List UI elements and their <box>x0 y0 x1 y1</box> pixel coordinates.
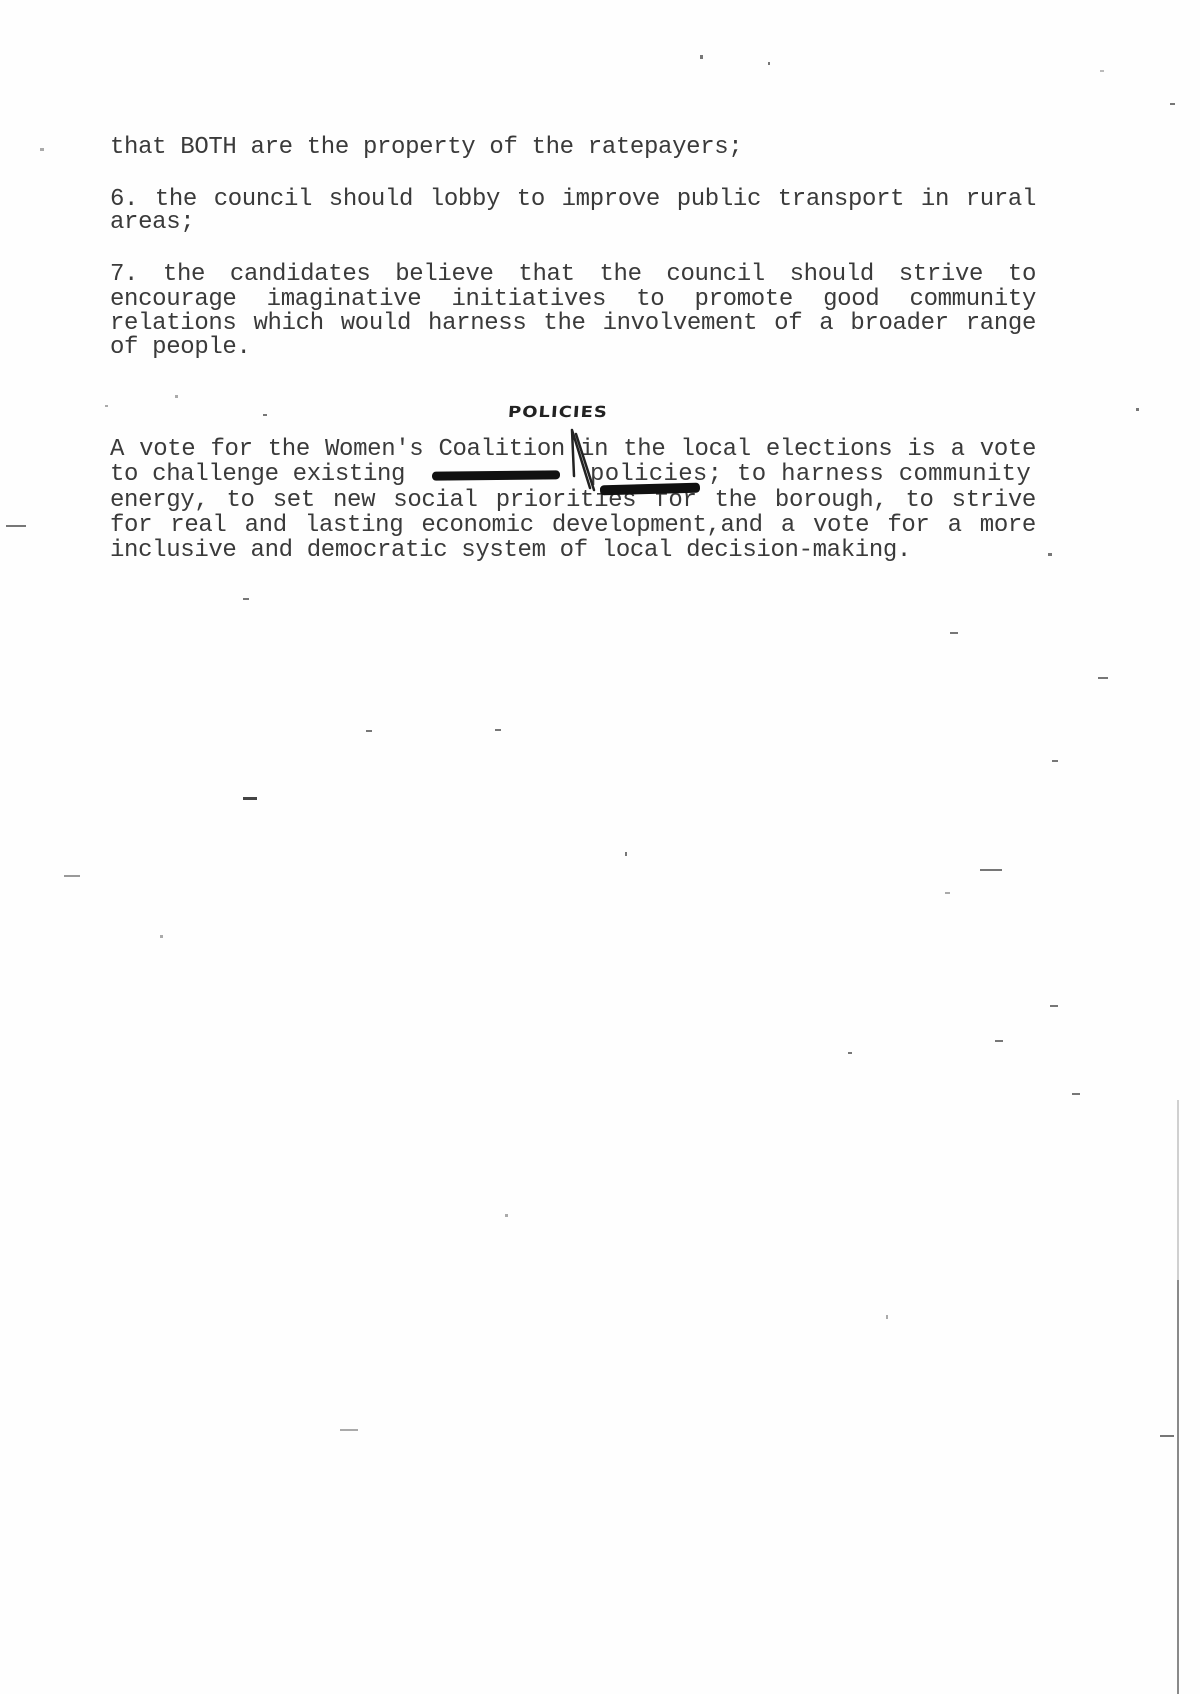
continuation-text: that BOTH are the property of the ratepa… <box>110 136 742 160</box>
scan-speck <box>1100 70 1104 72</box>
item-6-line-2: areas; <box>110 211 194 235</box>
scan-speck <box>700 55 703 59</box>
scan-speck <box>160 935 163 938</box>
scan-speck <box>40 148 44 151</box>
page-edge-line <box>1177 1280 1179 1694</box>
scan-speck <box>886 1315 888 1319</box>
scan-speck <box>768 62 770 65</box>
scan-speck <box>625 852 627 856</box>
closing-line-4: for real and lasting economic developmen… <box>110 514 1036 538</box>
item-7-line-3: relations which would harness the involv… <box>110 312 1036 336</box>
scan-speck <box>1170 103 1175 105</box>
scan-speck <box>1048 553 1052 556</box>
scan-speck <box>950 632 958 634</box>
scan-speck <box>980 869 1002 871</box>
scan-speck <box>848 1052 852 1054</box>
closing-line-5: inclusive and democratic system of local… <box>110 539 911 563</box>
scan-speck <box>340 1429 358 1431</box>
handwritten-annotation: POLICIES <box>507 404 608 422</box>
scan-speck <box>1136 408 1139 411</box>
item-7-line-2: encourage imaginative initiatives to pro… <box>110 288 1036 312</box>
scan-speck <box>105 405 108 407</box>
scan-speck <box>263 414 267 416</box>
scan-speck <box>64 875 80 877</box>
scan-speck <box>175 395 178 398</box>
document-page: that BOTH are the property of the ratepa… <box>0 0 1200 1694</box>
item-7-line-1: 7. the candidates believe that the counc… <box>110 263 1036 287</box>
scan-speck <box>995 1040 1003 1042</box>
scan-speck <box>1052 760 1058 762</box>
scan-speck <box>243 598 249 600</box>
strikeout-mark <box>432 470 560 480</box>
scan-speck <box>1098 677 1108 679</box>
scan-speck <box>1072 1093 1080 1095</box>
scan-speck <box>243 797 257 800</box>
margin-dash-mark <box>6 525 26 527</box>
page-edge-line-faint <box>1177 1100 1179 1280</box>
scan-speck <box>945 892 950 894</box>
closing-line-2a: to challenge existing <box>110 463 405 487</box>
insertion-caret-icon <box>560 428 620 498</box>
scan-speck <box>1050 1005 1058 1007</box>
scan-speck <box>366 730 372 732</box>
scan-speck <box>505 1214 508 1217</box>
scan-speck <box>495 729 501 731</box>
item-7-line-4: of people. <box>110 336 251 360</box>
item-6-line-1: 6. the council should lobby to improve p… <box>110 188 1036 212</box>
scan-speck <box>1160 1435 1174 1437</box>
